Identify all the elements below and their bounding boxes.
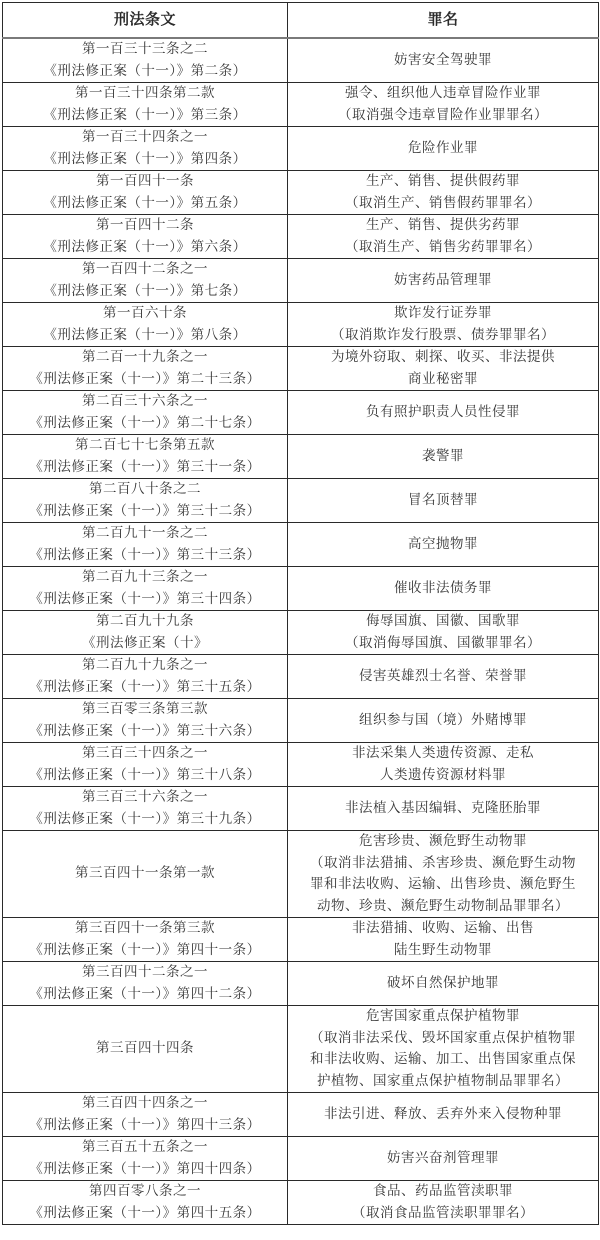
crime-name-cell: 危害国家重点保护植物罪（取消非法采伐、毁坏国家重点保护植物罪和非法收购、运输、加… bbox=[288, 1006, 599, 1093]
article-cell: 第二百九十一条之二《刑法修正案（十一）》第三十三条） bbox=[3, 523, 288, 567]
article-cell: 第一百三十四条第二款《刑法修正案（十一）》第三条） bbox=[3, 83, 288, 127]
article-line: 第一百三十四条之一 bbox=[5, 127, 285, 149]
crime-name-cell: 危险作业罪 bbox=[288, 127, 599, 171]
article-line: 第一百四十二条 bbox=[5, 215, 285, 237]
article-line: 第三百三十四条之一 bbox=[5, 743, 285, 765]
crime-name-cell: 组织参与国（境）外赌博罪 bbox=[288, 699, 599, 743]
article-line: 《刑法修正案（十一）》第三十三条） bbox=[5, 545, 285, 567]
article-line: 《刑法修正案（十一）》第六条） bbox=[5, 237, 285, 259]
table-row: 第三百五十五条之一《刑法修正案（十一）》第四十四条）妨害兴奋剂管理罪 bbox=[3, 1137, 599, 1181]
crime-name-cell: 催收非法债务罪 bbox=[288, 567, 599, 611]
article-line: 第二百九十三条之一 bbox=[5, 567, 285, 589]
crime-name-cell: 破坏自然保护地罪 bbox=[288, 962, 599, 1006]
crime-name-line: 生产、销售、提供假药罪 bbox=[290, 171, 596, 193]
article-cell: 第一百四十二条《刑法修正案（十一）》第六条） bbox=[3, 215, 288, 259]
crime-name-cell: 食品、药品监管渎职罪（取消食品监管渎职罪罪名） bbox=[288, 1181, 599, 1225]
table-row: 第三百四十二条之一《刑法修正案（十一）》第四十二条）破坏自然保护地罪 bbox=[3, 962, 599, 1006]
crime-name-cell: 生产、销售、提供劣药罪（取消生产、销售劣药罪罪名） bbox=[288, 215, 599, 259]
article-line: 第四百零八条之一 bbox=[5, 1181, 285, 1203]
article-cell: 第二百九十九条之一《刑法修正案（十一）》第三十五条） bbox=[3, 655, 288, 699]
crime-name-cell: 非法猎捕、收购、运输、出售陆生野生动物罪 bbox=[288, 918, 599, 962]
article-cell: 第一百四十二条之一《刑法修正案（十一）》第七条） bbox=[3, 259, 288, 303]
table-row: 第三百三十六条之一《刑法修正案（十一）》第三十九条）非法植入基因编辑、克隆胚胎罪 bbox=[3, 787, 599, 831]
crime-name-cell: 强令、组织他人违章冒险作业罪（取消强令违章冒险作业罪罪名） bbox=[288, 83, 599, 127]
table-row: 第二百三十六条之一《刑法修正案（十一）》第二十七条）负有照护职责人员性侵罪 bbox=[3, 391, 599, 435]
article-line: 《刑法修正案（十一）》第三十一条） bbox=[5, 457, 285, 479]
article-line: 第三百五十五条之一 bbox=[5, 1137, 285, 1159]
article-line: 第一百六十条 bbox=[5, 303, 285, 325]
crime-name-line: 冒名顶替罪 bbox=[290, 490, 596, 512]
crime-name-line: 妨害安全驾驶罪 bbox=[290, 50, 596, 72]
crime-name-cell: 妨害安全驾驶罪 bbox=[288, 38, 599, 83]
article-cell: 第二百九十三条之一《刑法修正案（十一）》第三十四条） bbox=[3, 567, 288, 611]
article-line: 第三百四十一条第三款 bbox=[5, 918, 285, 940]
article-line: 第三百零三条第三款 bbox=[5, 699, 285, 721]
article-line: 《刑法修正案（十一）》第八条） bbox=[5, 325, 285, 347]
crime-name-line: （取消强令违章冒险作业罪罪名） bbox=[290, 105, 596, 127]
table-row: 第一百四十二条《刑法修正案（十一）》第六条）生产、销售、提供劣药罪（取消生产、销… bbox=[3, 215, 599, 259]
crime-name-line: 非法植入基因编辑、克隆胚胎罪 bbox=[290, 798, 596, 820]
crime-name-line: 危害珍贵、濒危野生动物罪 bbox=[290, 831, 596, 853]
article-cell: 第二百七十七条第五款《刑法修正案（十一）》第三十一条） bbox=[3, 435, 288, 479]
table-row: 第一百三十四条之一《刑法修正案（十一）》第四条）危险作业罪 bbox=[3, 127, 599, 171]
crime-name-cell: 非法采集人类遗传资源、走私人类遗传资源材料罪 bbox=[288, 743, 599, 787]
article-line: 《刑法修正案（十一）》第三十二条） bbox=[5, 501, 285, 523]
crime-name-line: 非法采集人类遗传资源、走私 bbox=[290, 743, 596, 765]
column-header-crime-name: 罪名 bbox=[288, 3, 599, 39]
table-row: 第二百九十三条之一《刑法修正案（十一）》第三十四条）催收非法债务罪 bbox=[3, 567, 599, 611]
article-cell: 第三百三十六条之一《刑法修正案（十一）》第三十九条） bbox=[3, 787, 288, 831]
article-line: 第二百七十七条第五款 bbox=[5, 435, 285, 457]
table-row: 第二百八十条之二《刑法修正案（十一）》第三十二条）冒名顶替罪 bbox=[3, 479, 599, 523]
article-line: 《刑法修正案（十一）》第五条） bbox=[5, 193, 285, 215]
article-cell: 第一百六十条《刑法修正案（十一）》第八条） bbox=[3, 303, 288, 347]
article-cell: 第二百八十条之二《刑法修正案（十一）》第三十二条） bbox=[3, 479, 288, 523]
article-cell: 第一百三十四条之一《刑法修正案（十一）》第四条） bbox=[3, 127, 288, 171]
crime-name-line: 催收非法债务罪 bbox=[290, 578, 596, 600]
crime-name-line: 欺诈发行证券罪 bbox=[290, 303, 596, 325]
crime-name-cell: 非法引进、释放、丢弃外来入侵物种罪 bbox=[288, 1093, 599, 1137]
crime-name-line: 生产、销售、提供劣药罪 bbox=[290, 215, 596, 237]
table-row: 第二百七十七条第五款《刑法修正案（十一）》第三十一条）袭警罪 bbox=[3, 435, 599, 479]
article-line: 第二百九十九条之一 bbox=[5, 655, 285, 677]
crime-name-line: 高空抛物罪 bbox=[290, 534, 596, 556]
table-row: 第一百四十二条之一《刑法修正案（十一）》第七条）妨害药品管理罪 bbox=[3, 259, 599, 303]
article-cell: 第三百四十二条之一《刑法修正案（十一）》第四十二条） bbox=[3, 962, 288, 1006]
crime-name-line: （取消生产、销售假药罪罪名） bbox=[290, 193, 596, 215]
crime-name-line: 食品、药品监管渎职罪 bbox=[290, 1181, 596, 1203]
article-cell: 第三百三十四条之一《刑法修正案（十一）》第三十八条） bbox=[3, 743, 288, 787]
table-row: 第二百九十九条之一《刑法修正案（十一）》第三十五条）侵害英雄烈士名誉、荣誉罪 bbox=[3, 655, 599, 699]
article-line: 《刑法修正案（十一）》第四十四条） bbox=[5, 1159, 285, 1181]
crime-name-cell: 冒名顶替罪 bbox=[288, 479, 599, 523]
crime-name-cell: 高空抛物罪 bbox=[288, 523, 599, 567]
crime-name-line: 护植物、国家重点保护植物制品罪罪名） bbox=[290, 1071, 596, 1093]
crime-name-cell: 非法植入基因编辑、克隆胚胎罪 bbox=[288, 787, 599, 831]
article-line: 《刑法修正案（十一）》第三十六条） bbox=[5, 721, 285, 743]
article-line: 第一百四十一条 bbox=[5, 171, 285, 193]
crime-name-line: （取消生产、销售劣药罪罪名） bbox=[290, 237, 596, 259]
article-line: 《刑法修正案（十一）》第二十三条） bbox=[5, 369, 285, 391]
table-row: 第一百六十条《刑法修正案（十一）》第八条）欺诈发行证券罪（取消欺诈发行股票、债券… bbox=[3, 303, 599, 347]
table-row: 第四百零八条之一《刑法修正案（十一）》第四十五条）食品、药品监管渎职罪（取消食品… bbox=[3, 1181, 599, 1225]
column-header-article: 刑法条文 bbox=[3, 3, 288, 39]
article-line: 第三百四十四条 bbox=[5, 1038, 285, 1060]
table-row: 第二百九十一条之二《刑法修正案（十一）》第三十三条）高空抛物罪 bbox=[3, 523, 599, 567]
table-row: 第三百零三条第三款《刑法修正案（十一）》第三十六条）组织参与国（境）外赌博罪 bbox=[3, 699, 599, 743]
article-cell: 第三百四十一条第三款《刑法修正案（十一）》第四十一条） bbox=[3, 918, 288, 962]
crime-name-line: （取消食品监管渎职罪罪名） bbox=[290, 1203, 596, 1225]
article-line: 第二百三十六条之一 bbox=[5, 391, 285, 413]
crime-name-cell: 生产、销售、提供假药罪（取消生产、销售假药罪罪名） bbox=[288, 171, 599, 215]
article-line: 《刑法修正案（十一）》第三十五条） bbox=[5, 677, 285, 699]
table-row: 第二百一十九条之一《刑法修正案（十一）》第二十三条）为境外窃取、刺探、收买、非法… bbox=[3, 347, 599, 391]
article-line: 《刑法修正案（十一）》第四十二条） bbox=[5, 984, 285, 1006]
crime-name-line: 危害国家重点保护植物罪 bbox=[290, 1006, 596, 1028]
crime-name-cell: 侮辱国旗、国徽、国歌罪（取消侮辱国旗、国徽罪罪名） bbox=[288, 611, 599, 655]
crime-name-line: 袭警罪 bbox=[290, 446, 596, 468]
crime-name-line: 陆生野生动物罪 bbox=[290, 940, 596, 962]
crime-name-line: 罪和非法收购、运输、出售珍贵、濒危野生 bbox=[290, 874, 596, 896]
article-line: 第三百四十四条之一 bbox=[5, 1093, 285, 1115]
table-body: 第一百三十三条之二《刑法修正案（十一）》第二条）妨害安全驾驶罪第一百三十四条第二… bbox=[3, 38, 599, 1225]
crime-name-line: （取消非法猎捕、杀害珍贵、濒危野生动物 bbox=[290, 853, 596, 875]
article-line: 第三百三十六条之一 bbox=[5, 787, 285, 809]
criminal-law-amendment-table: 刑法条文 罪名 第一百三十三条之二《刑法修正案（十一）》第二条）妨害安全驾驶罪第… bbox=[2, 2, 599, 1225]
table-row: 第三百三十四条之一《刑法修正案（十一）》第三十八条）非法采集人类遗传资源、走私人… bbox=[3, 743, 599, 787]
crime-name-line: （取消非法采伐、毁坏国家重点保护植物罪 bbox=[290, 1028, 596, 1050]
article-line: 《刑法修正案（十一）》第三十九条） bbox=[5, 809, 285, 831]
crime-name-line: 妨害兴奋剂管理罪 bbox=[290, 1148, 596, 1170]
table-row: 第一百四十一条《刑法修正案（十一）》第五条）生产、销售、提供假药罪（取消生产、销… bbox=[3, 171, 599, 215]
crime-name-cell: 妨害兴奋剂管理罪 bbox=[288, 1137, 599, 1181]
crime-name-line: 动物、珍贵、濒危野生动物制品罪罪名） bbox=[290, 896, 596, 918]
article-cell: 第二百一十九条之一《刑法修正案（十一）》第二十三条） bbox=[3, 347, 288, 391]
article-cell: 第三百五十五条之一《刑法修正案（十一）》第四十四条） bbox=[3, 1137, 288, 1181]
article-line: 《刑法修正案（十》 bbox=[5, 633, 285, 655]
crime-name-line: 商业秘密罪 bbox=[290, 369, 596, 391]
article-cell: 第三百四十一条第一款 bbox=[3, 831, 288, 918]
article-line: 第三百四十二条之一 bbox=[5, 962, 285, 984]
crime-name-cell: 侵害英雄烈士名誉、荣誉罪 bbox=[288, 655, 599, 699]
crime-name-line: 强令、组织他人违章冒险作业罪 bbox=[290, 83, 596, 105]
crime-name-line: 危险作业罪 bbox=[290, 138, 596, 160]
crime-name-line: 妨害药品管理罪 bbox=[290, 270, 596, 292]
article-cell: 第一百四十一条《刑法修正案（十一）》第五条） bbox=[3, 171, 288, 215]
article-line: 第二百一十九条之一 bbox=[5, 347, 285, 369]
crime-name-line: 非法猎捕、收购、运输、出售 bbox=[290, 918, 596, 940]
crime-name-line: 负有照护职责人员性侵罪 bbox=[290, 402, 596, 424]
crime-name-cell: 负有照护职责人员性侵罪 bbox=[288, 391, 599, 435]
crime-name-cell: 危害珍贵、濒危野生动物罪（取消非法猎捕、杀害珍贵、濒危野生动物罪和非法收购、运输… bbox=[288, 831, 599, 918]
article-line: 第二百九十一条之二 bbox=[5, 523, 285, 545]
article-line: 《刑法修正案（十一）》第七条） bbox=[5, 281, 285, 303]
crime-name-line: 人类遗传资源材料罪 bbox=[290, 765, 596, 787]
article-cell: 第二百九十九条《刑法修正案（十》 bbox=[3, 611, 288, 655]
article-cell: 第三百四十四条之一《刑法修正案（十一）》第四十三条） bbox=[3, 1093, 288, 1137]
crime-name-cell: 妨害药品管理罪 bbox=[288, 259, 599, 303]
table-row: 第三百四十四条之一《刑法修正案（十一）》第四十三条）非法引进、释放、丢弃外来入侵… bbox=[3, 1093, 599, 1137]
table-row: 第二百九十九条《刑法修正案（十》侮辱国旗、国徽、国歌罪（取消侮辱国旗、国徽罪罪名… bbox=[3, 611, 599, 655]
article-cell: 第三百四十四条 bbox=[3, 1006, 288, 1093]
article-line: 《刑法修正案（十一）》第四十一条） bbox=[5, 940, 285, 962]
crime-name-line: （取消侮辱国旗、国徽罪罪名） bbox=[290, 633, 596, 655]
table-row: 第一百三十四条第二款《刑法修正案（十一）》第三条）强令、组织他人违章冒险作业罪（… bbox=[3, 83, 599, 127]
article-line: 《刑法修正案（十一）》第三条） bbox=[5, 105, 285, 127]
article-cell: 第二百三十六条之一《刑法修正案（十一）》第二十七条） bbox=[3, 391, 288, 435]
article-cell: 第四百零八条之一《刑法修正案（十一）》第四十五条） bbox=[3, 1181, 288, 1225]
crime-name-line: 侵害英雄烈士名誉、荣誉罪 bbox=[290, 666, 596, 688]
crime-name-line: 侮辱国旗、国徽、国歌罪 bbox=[290, 611, 596, 633]
crime-name-cell: 为境外窃取、刺探、收买、非法提供商业秘密罪 bbox=[288, 347, 599, 391]
table-row: 第三百四十一条第三款《刑法修正案（十一）》第四十一条）非法猎捕、收购、运输、出售… bbox=[3, 918, 599, 962]
article-line: 《刑法修正案（十一）》第二十七条） bbox=[5, 413, 285, 435]
article-line: 第三百四十一条第一款 bbox=[5, 863, 285, 885]
crime-name-line: 为境外窃取、刺探、收买、非法提供 bbox=[290, 347, 596, 369]
article-line: 第一百三十三条之二 bbox=[5, 39, 285, 61]
article-line: 《刑法修正案（十一）》第三十八条） bbox=[5, 765, 285, 787]
crime-name-line: 和非法收购、运输、加工、出售国家重点保 bbox=[290, 1049, 596, 1071]
table-header-row: 刑法条文 罪名 bbox=[3, 3, 599, 39]
article-line: 第二百九十九条 bbox=[5, 611, 285, 633]
crime-name-line: 组织参与国（境）外赌博罪 bbox=[290, 710, 596, 732]
crime-name-cell: 欺诈发行证券罪（取消欺诈发行股票、债券罪罪名） bbox=[288, 303, 599, 347]
article-line: 《刑法修正案（十一）》第四条） bbox=[5, 149, 285, 171]
article-line: 《刑法修正案（十一）》第四十三条） bbox=[5, 1115, 285, 1137]
article-line: 第二百八十条之二 bbox=[5, 479, 285, 501]
article-line: 《刑法修正案（十一）》第二条） bbox=[5, 61, 285, 83]
article-cell: 第三百零三条第三款《刑法修正案（十一）》第三十六条） bbox=[3, 699, 288, 743]
article-line: 《刑法修正案（十一）》第四十五条） bbox=[5, 1203, 285, 1225]
table-row: 第三百四十四条危害国家重点保护植物罪（取消非法采伐、毁坏国家重点保护植物罪和非法… bbox=[3, 1006, 599, 1093]
article-line: 《刑法修正案（十一）》第三十四条） bbox=[5, 589, 285, 611]
crime-name-line: 破坏自然保护地罪 bbox=[290, 973, 596, 995]
crime-name-cell: 袭警罪 bbox=[288, 435, 599, 479]
table-row: 第一百三十三条之二《刑法修正案（十一）》第二条）妨害安全驾驶罪 bbox=[3, 38, 599, 83]
table-row: 第三百四十一条第一款危害珍贵、濒危野生动物罪（取消非法猎捕、杀害珍贵、濒危野生动… bbox=[3, 831, 599, 918]
article-line: 第一百四十二条之一 bbox=[5, 259, 285, 281]
crime-name-line: （取消欺诈发行股票、债券罪罪名） bbox=[290, 325, 596, 347]
article-line: 第一百三十四条第二款 bbox=[5, 83, 285, 105]
article-cell: 第一百三十三条之二《刑法修正案（十一）》第二条） bbox=[3, 38, 288, 83]
crime-name-line: 非法引进、释放、丢弃外来入侵物种罪 bbox=[290, 1104, 596, 1126]
